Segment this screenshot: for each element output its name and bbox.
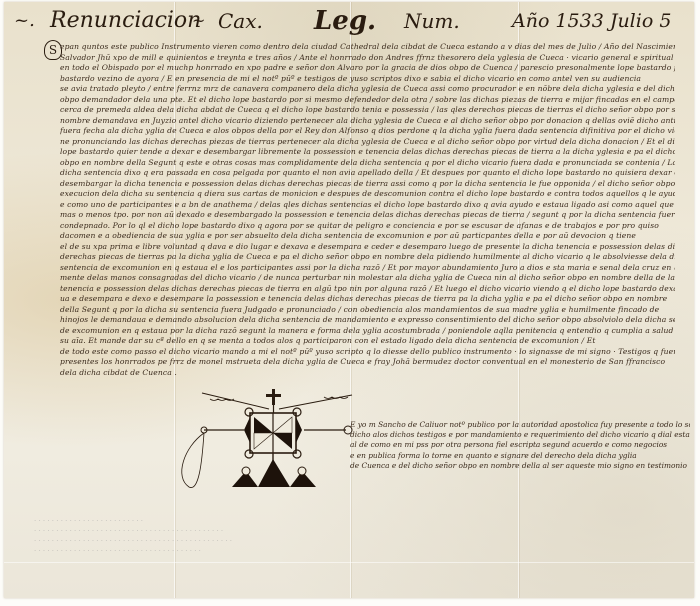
body-line: de todo este como passo el dicho vicario… bbox=[60, 347, 675, 358]
body-line: en todo el Obispado por el muchp honrrad… bbox=[60, 63, 675, 74]
notary-line: de Cuenca e del dicho señor obpo en nomb… bbox=[350, 461, 690, 471]
body-line: cerca de premeda aldea dela dicha abdat … bbox=[60, 105, 675, 116]
header-ornament: ~ bbox=[192, 6, 205, 36]
notary-line: E yo m Sancho de Caliuor notº publico po… bbox=[350, 420, 690, 430]
cax-label: Cax. bbox=[218, 6, 263, 36]
faded-verso-text: · · · · · · · · · · · · · · · · · · · · … bbox=[34, 516, 674, 556]
body-line: nombre demandava en Juyzio antel dicho v… bbox=[60, 116, 675, 127]
body-line: dela dicha cibdat de Cuenca . bbox=[60, 368, 675, 379]
document-body: epan quntos este publico Instrumento vie… bbox=[60, 42, 675, 378]
body-line: fuera fecha ala dicha yglia de Cueca e a… bbox=[60, 126, 675, 137]
faded-line: · · · · · · · · · · · · · · · · · · · · … bbox=[34, 546, 674, 556]
document-header: ~. Renunciacion ~ Cax. Leg. Num. Año 153… bbox=[4, 6, 694, 36]
body-line: condepnado. Por lo ql el dicho lope bast… bbox=[60, 221, 675, 232]
body-line: lope bastardo quier tende a dexar e dese… bbox=[60, 147, 675, 158]
body-line: obpo demandador dela una pte. Et el dich… bbox=[60, 95, 675, 106]
parchment-sheet: ~. Renunciacion ~ Cax. Leg. Num. Año 153… bbox=[4, 2, 694, 598]
body-line: tenencia e possession delas dichas derec… bbox=[60, 284, 675, 295]
notary-line: al de como en mi pss por otra persona fi… bbox=[350, 440, 690, 450]
document-page: ~. Renunciacion ~ Cax. Leg. Num. Año 153… bbox=[0, 0, 700, 606]
body-line: execucion dela dicha su sentencia q dier… bbox=[60, 189, 675, 200]
body-line: se avia tratado pleyto / entre ferrnz mr… bbox=[60, 84, 675, 95]
header-ornament: ~. bbox=[14, 6, 35, 36]
faded-line: · · · · · · · · · · · · · · · · · · · · … bbox=[34, 526, 674, 536]
body-line: della Segunt q por la dicha su sentencia… bbox=[60, 305, 675, 316]
body-line: hinojos le demandaua e demando absolucio… bbox=[60, 315, 675, 326]
body-line: su aīa. Et mande dar su cª dello en q se… bbox=[60, 336, 675, 347]
body-line: sentencia de excomunion en q estaua el e… bbox=[60, 263, 675, 274]
body-line: e como uno de participantes e a bn de an… bbox=[60, 200, 675, 211]
notary-line: dicho alos dichos testigos e por mandami… bbox=[350, 430, 690, 440]
leg-label: Leg. bbox=[314, 6, 376, 36]
body-line: ua e desempara e dexo e desempare la pos… bbox=[60, 294, 675, 305]
body-line: presentes los honrrados pe frrz de monel… bbox=[60, 357, 675, 368]
body-line: el de su xpa prima e libre voluntad q da… bbox=[60, 242, 675, 253]
body-line: dicha sentencia dixo q era passada en co… bbox=[60, 168, 675, 179]
body-line: obpo en nombre della Segunt q este e otr… bbox=[60, 158, 675, 169]
document-title: Renunciacion bbox=[50, 6, 201, 36]
document-date: Año 1533 Julio 5 bbox=[512, 6, 671, 36]
horizontal-fold-line bbox=[4, 562, 694, 563]
body-line: epan quntos este publico Instrumento vie… bbox=[60, 42, 675, 53]
num-label: Num. bbox=[404, 6, 460, 36]
faded-line: · · · · · · · · · · · · · · · · · · · · … bbox=[34, 536, 674, 546]
body-line: Salvador Jhū xpo de mill e quinientos e … bbox=[60, 53, 675, 64]
notary-line: e en publica forma lo torne en quanto e … bbox=[350, 451, 690, 461]
body-line: mente delas manos consagradas del dicho … bbox=[60, 273, 675, 284]
body-line: bastardo vezino de ayora / E en presenci… bbox=[60, 74, 675, 85]
body-line: mas o menos tpo. por non aū dexado e des… bbox=[60, 210, 675, 221]
body-line: desembargar la dicha tenencia e possessi… bbox=[60, 179, 675, 190]
body-line: dacomen e a obediencia de sua yglia e po… bbox=[60, 231, 675, 242]
notarial-signum-icon bbox=[174, 387, 374, 497]
notary-subscription: E yo m Sancho de Caliuor notº publico po… bbox=[350, 420, 690, 471]
body-line: ne pronunciando las dichas derechas piez… bbox=[60, 137, 675, 148]
faded-line: · · · · · · · · · · · · · · · · · · · · … bbox=[34, 516, 674, 526]
body-line: de excomunion en q estaua por la dicha r… bbox=[60, 326, 675, 337]
body-line: derechas piecas de tierras pa la dicha y… bbox=[60, 252, 675, 263]
